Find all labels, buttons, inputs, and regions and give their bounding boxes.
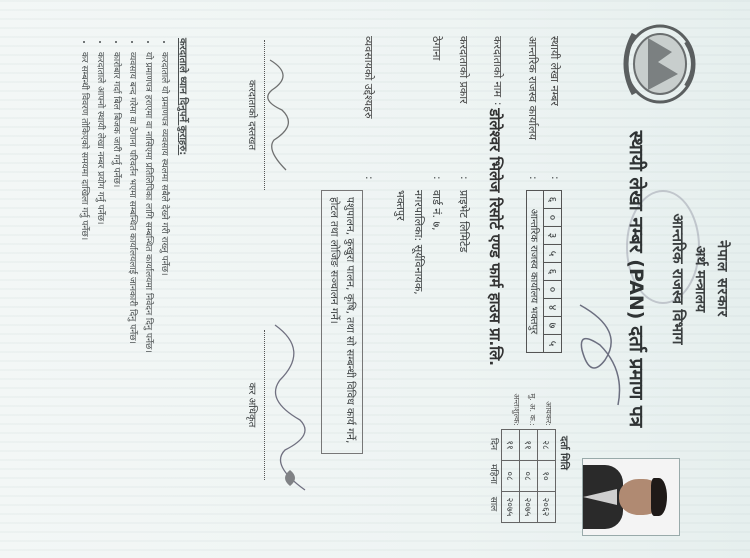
pan-digit: ६ xyxy=(544,191,561,209)
note-item: कारोबार गर्दा बिल बिजक जारी गर्नु पर्नेछ… xyxy=(108,52,123,508)
taxpayer-name-label: करदाताको नाम xyxy=(490,36,505,102)
pan-office-value: आन्तरिक राजस्व कार्यालय भक्तपुर xyxy=(527,191,544,352)
field-business-purpose: व्यवसायको उद्देश्यहरु : xyxy=(361,36,376,366)
certificate-fields: स्थायी लेखा नम्बर : ६०३५६०४७५ आन्तरिक रा… xyxy=(321,36,562,366)
registration-date-table: दर्ता मिति आयकर: मु. अ. क.: अन्तःशुल्क: … xyxy=(488,378,572,528)
officer-signature-mark xyxy=(570,300,630,410)
officer-signature xyxy=(260,320,320,500)
date-col-day: दिन xyxy=(488,429,501,459)
taxpayer-type-label: करदाताको प्रकार xyxy=(456,36,471,176)
note-item: करदाताले यो प्रमाणपत्र व्यवसाय स्थलमा सब… xyxy=(156,52,171,508)
field-taxpayer-type: करदाताको प्रकार : प्राइभेट लिमिटेड xyxy=(456,36,471,366)
header-government: नेपाल सरकार xyxy=(713,0,732,558)
taxpayer-signature-label: करदाताको दस्तखत xyxy=(246,40,260,190)
note-item: व्यवसाय बन्द गरेमा वा ठेगाना परिवर्तन भए… xyxy=(124,52,139,508)
address-value: वार्ड नं. ७, नगरपालिका: सूर्यविनायक, भक्… xyxy=(390,190,444,295)
office-label: आन्तरिक राजस्व कार्यालय xyxy=(525,36,540,176)
taxpayer-name-value: डोलेश्वर भिलेज रिसोर्ट एण्ड फार्म हाउस प… xyxy=(485,108,505,366)
date-month: ०८ xyxy=(502,461,520,492)
date-day: २८ xyxy=(538,430,556,461)
pan-digit: ५ xyxy=(544,245,561,263)
date-day: ११ xyxy=(520,430,538,461)
date-year: २०७५ xyxy=(502,492,520,523)
header-ministry: अर्थ मन्त्रालय xyxy=(691,0,710,558)
date-row-label: आयकर: xyxy=(540,378,556,429)
date-row-income-tax: २८ १० २०६२ xyxy=(538,430,556,523)
note-item: यो प्रमाणपत्र हराएमा वा नासिएमा प्रतिलिप… xyxy=(140,52,155,508)
business-purpose-label: व्यवसायको उद्देश्यहरु xyxy=(361,36,376,176)
date-year: २०६२ xyxy=(538,492,556,523)
pan-number-box: ६०३५६०४७५ आन्तरिक राजस्व कार्यालय भक्तपु… xyxy=(526,190,562,353)
date-row-vat: ११ ०८ २०७५ xyxy=(520,430,538,523)
pan-digits: ६०३५६०४७५ xyxy=(544,191,561,352)
date-year: २०७५ xyxy=(520,492,538,523)
date-col-month: महिना xyxy=(488,459,501,489)
registration-date-heading: दर्ता मिति xyxy=(558,378,572,528)
taxpayer-signature-mark xyxy=(260,50,300,200)
officer-signature-block: कर अधिकृत xyxy=(246,330,265,480)
notes-list: करदाताले यो प्रमाणपत्र व्यवसाय स्थलमा सब… xyxy=(76,38,171,508)
officer-signature-label: कर अधिकृत xyxy=(246,330,260,480)
date-day: ११ xyxy=(502,430,520,461)
field-taxpayer-name: करदाताको नाम : डोलेश्वर भिलेज रिसोर्ट एण… xyxy=(485,36,505,366)
pan-digit: ६ xyxy=(544,263,561,281)
pan-certificate-page: नेपाल सरकार अर्थ मन्त्रालय आन्तरिक राजस्… xyxy=(0,0,750,558)
date-col-year: साल xyxy=(488,489,501,519)
pan-digit: ० xyxy=(544,209,561,227)
taxpayer-photo xyxy=(582,458,680,536)
note-item: करदाताले आफ्नो स्थायी लेखा नम्बर प्रयोग … xyxy=(92,52,107,508)
date-row-label: अन्तःशुल्क: xyxy=(508,378,524,429)
date-month: ०८ xyxy=(520,461,538,492)
pan-digit: ० xyxy=(544,281,561,299)
pan-digit: ५ xyxy=(544,335,561,352)
notes-heading: करदाताले ध्यान दिनुपर्ने कुराहरु: xyxy=(175,38,190,508)
field-address: ठेगाना : वार्ड नं. ७, नगरपालिका: सूर्यवि… xyxy=(390,36,444,366)
taxpayer-type-value: प्राइभेट लिमिटेड xyxy=(456,190,471,252)
address-label: ठेगाना xyxy=(429,36,444,176)
pan-digit: ४ xyxy=(544,299,561,317)
note-item: कर सम्बन्धी विवरण तोकिएको समयमा दाखिला ग… xyxy=(76,52,91,508)
taxpayer-notes: करदाताले ध्यान दिनुपर्ने कुराहरु: करदाता… xyxy=(75,38,190,508)
date-row-excise: ११ ०८ २०७५ xyxy=(502,430,520,523)
pan-digit: ७ xyxy=(544,317,561,335)
date-row-label: मु. अ. क.: xyxy=(524,378,540,429)
date-month: १० xyxy=(538,461,556,492)
pan-label: स्थायी लेखा नम्बर xyxy=(547,36,562,176)
business-purpose-value: पशुपालन, कुखुरा पालन, कृषि, तथा सो सम्बन… xyxy=(321,190,363,454)
pan-digit: ३ xyxy=(544,227,561,245)
taxpayer-signature-block: करदाताको दस्तखत xyxy=(246,40,265,190)
